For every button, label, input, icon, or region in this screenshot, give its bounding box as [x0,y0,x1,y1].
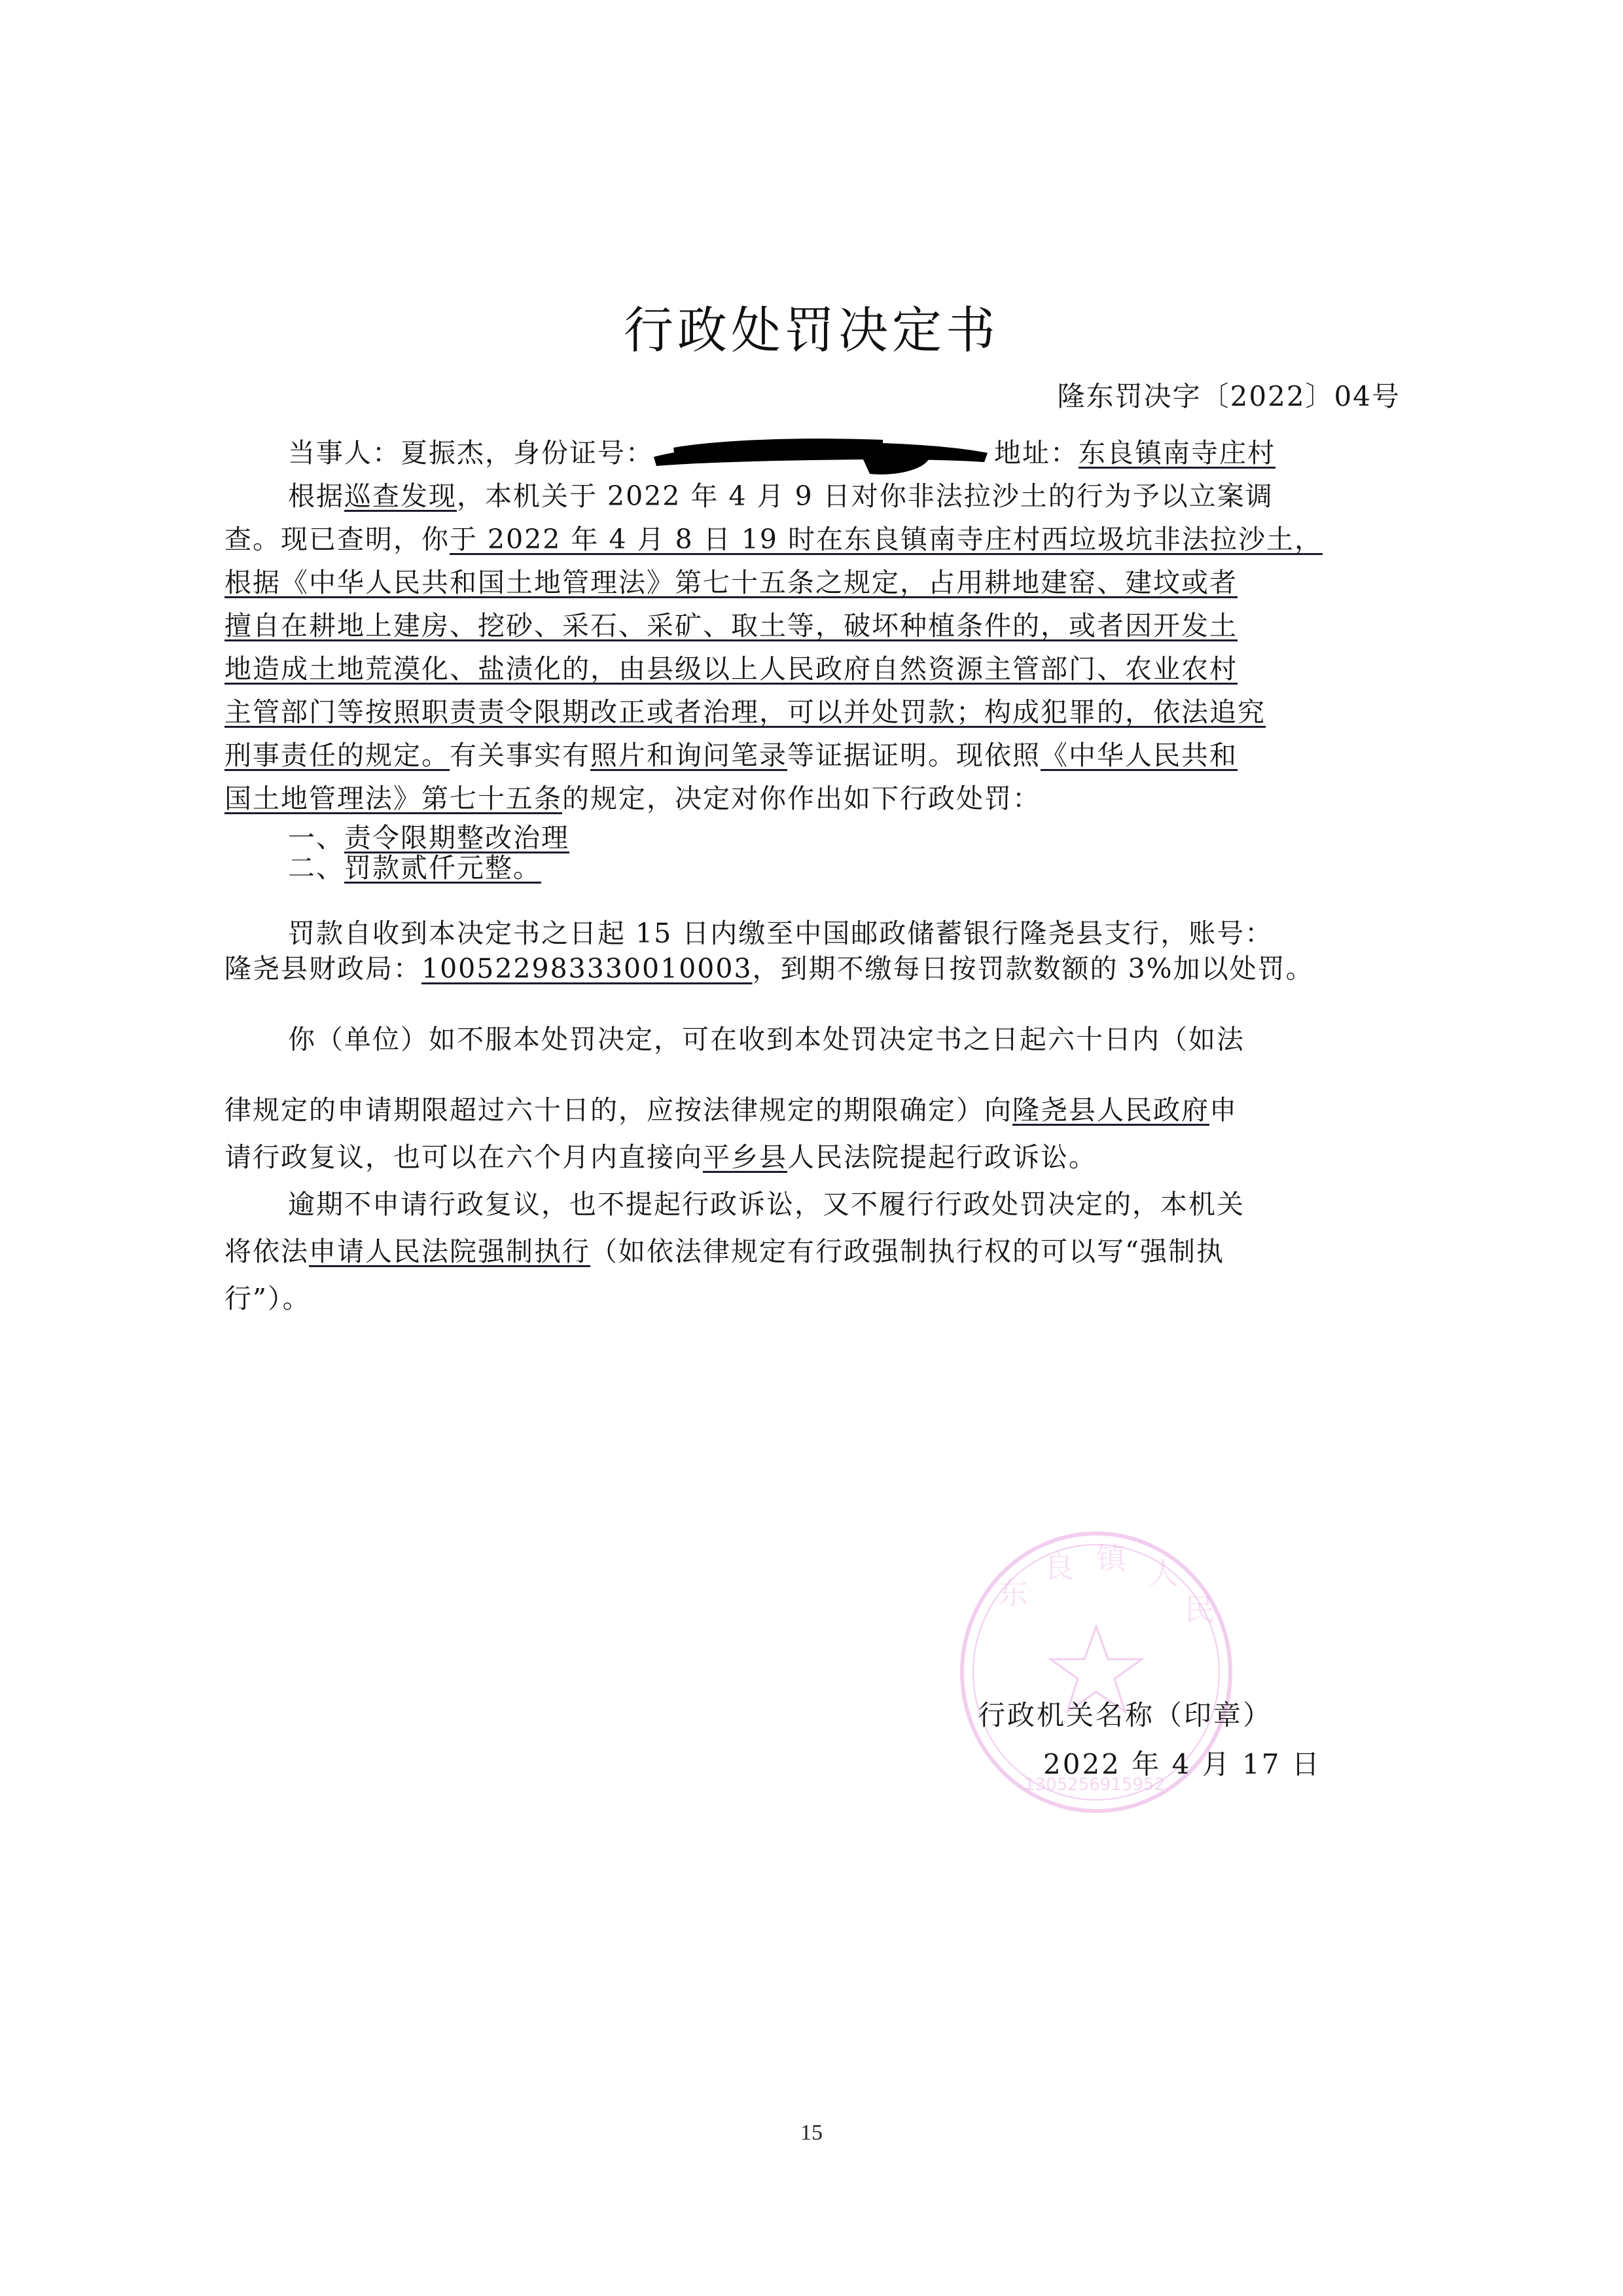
text-segment: 请行政复议，也可以在六个月内直接向 [224,1141,703,1173]
id-label: ，身份证号： [485,437,654,469]
penalty-item-2: 二、罚款贰仟元整。 [288,850,1402,886]
payee-label: 隆尧县财政局： [224,953,421,984]
violation-facts: 于 2022 年 4 月 8 日 19 时在东良镇南寺庄村西垃圾坑非法拉沙土， [450,524,1323,555]
evidence: 照片和询问笔录 [590,740,787,771]
law-reference: 《中华人民共和 [1041,740,1238,771]
party-label: 当事人： [288,437,401,469]
law-reference-cont: 国土地管理法》第七十五条 [224,783,562,814]
appeal-line-3: 请行政复议，也可以在六个月内直接向平乡县人民法院提起行政诉讼。 [224,1139,1402,1175]
body-line-8: 国土地管理法》第七十五条的规定，决定对你作出如下行政处罚： [224,780,1402,817]
party-address: 东良镇南寺庄村 [1079,437,1275,469]
body-line-1: 根据巡查发现，本机关于 2022 年 4 月 9 日对你非法拉沙土的行为予以立案… [288,478,1402,514]
legal-basis-end: 刑事责任的规定。 [224,740,450,771]
text-segment: 申 [1209,1094,1238,1126]
enforcement-line-1: 逾期不申请行政复议，也不提起行政诉讼，又不履行行政处罚决定的，本机关 [288,1186,1402,1223]
svg-text:镇: 镇 [1096,1541,1128,1576]
text-segment: 等证据证明。现依照 [787,740,1041,771]
text-segment: （如依法律规定有行政强制执行权的可以写“强制执 [590,1236,1224,1267]
case-source: 巡查发现 [344,480,457,512]
penalty-text: 责令限期整改治理 [344,822,569,853]
page-number: 15 [0,2121,1623,2145]
enforcement-line-2: 将依法申请人民法院强制执行（如依法律规定有行政强制执行权的可以写“强制执 [224,1233,1402,1270]
court-name: 平乡县 [703,1141,787,1173]
body-line-7: 刑事责任的规定。有关事实有照片和询问笔录等证据证明。现依照《中华人民共和 [224,737,1402,774]
body-line-4: 擅自在耕地上建房、挖砂、采石、采矿、取土等，破坏种植条件的，或者因开发土 [224,607,1402,644]
text-segment: 律规定的申请期限超过六十日的，应按法律规定的期限确定）向 [224,1094,1012,1126]
svg-text:东: 东 [998,1575,1028,1611]
appeal-line-1: 你（单位）如不服本处罚决定，可在收到本处罚决定书之日起六十日内（如法 [288,1021,1402,1058]
appeal-line-2: 律规定的申请期限超过六十日的，应按法律规定的期限确定）向隆尧县人民政府申 [224,1092,1402,1128]
svg-text:民: 民 [1185,1592,1215,1627]
payment-line-2: 隆尧县财政局：100522983330010003，到期不缴每日按罚款数额的 3… [224,950,1402,987]
text-segment: 有关事实有 [450,740,590,771]
enforcement-line-3: 行”）。 [224,1280,1402,1317]
text-segment: 将依法 [224,1236,309,1267]
document-number: 隆东罚决字〔2022〕04号 [1058,378,1400,415]
document-title: 行政处罚决定书 [0,298,1623,363]
body-line-3: 根据《中华人民共和国土地管理法》第七十五条之规定，占用耕地建窑、建坟或者 [224,564,1402,601]
text-segment: ，本机关于 2022 年 4 月 9 日对你非法拉沙土的行为予以立案调 [457,480,1274,512]
svg-text:人: 人 [1149,1556,1179,1591]
body-line-5: 地造成土地荒漠化、盐渍化的，由县级以上人民政府自然资源主管部门、农业农村 [224,651,1402,687]
penalty-prefix: 二、 [288,852,344,884]
penalty-prefix: 一、 [288,822,344,853]
enforcement-action: 申请人民法院强制执行 [309,1236,590,1267]
party-line: 当事人：夏振杰，身份证号： 地址：东良镇南寺庄村 [288,435,1402,471]
text-segment: 查。现已查明，你 [224,524,450,555]
document-page: 行政处罚决定书 隆东罚决字〔2022〕04号 当事人：夏振杰，身份证号： 地址：… [0,0,1623,2296]
party-name: 夏振杰 [401,437,485,469]
svg-text:良: 良 [1044,1549,1074,1585]
account-number: 100522983330010003 [421,953,753,984]
decision-date: 2022 年 4 月 17 日 [1043,1746,1321,1783]
text-segment: 的规定，决定对你作出如下行政处罚： [562,783,1041,814]
redacted-id-number [654,442,994,469]
body-line-6: 主管部门等按照职责责令限期改正或者治理，可以并处罚款；构成犯罪的，依法追究 [224,694,1402,730]
body-line-2: 查。现已查明，你于 2022 年 4 月 8 日 19 时在东良镇南寺庄村西垃圾… [224,521,1402,558]
payment-line-1: 罚款自收到本决定书之日起 15 日内缴至中国邮政储蓄银行隆尧县支行，账号： [288,915,1402,952]
late-fee-text: ，到期不缴每日按罚款数额的 3%加以处罚。 [753,953,1314,984]
text-segment: 根据 [288,480,344,512]
review-body: 隆尧县人民政府 [1012,1094,1209,1126]
text-segment: 人民法院提起行政诉讼。 [787,1141,1097,1173]
address-label: 地址： [994,437,1079,469]
penalty-text: 罚款贰仟元整。 [344,852,541,884]
authority-signature: 行政机关名称（印章） [978,1697,1272,1734]
